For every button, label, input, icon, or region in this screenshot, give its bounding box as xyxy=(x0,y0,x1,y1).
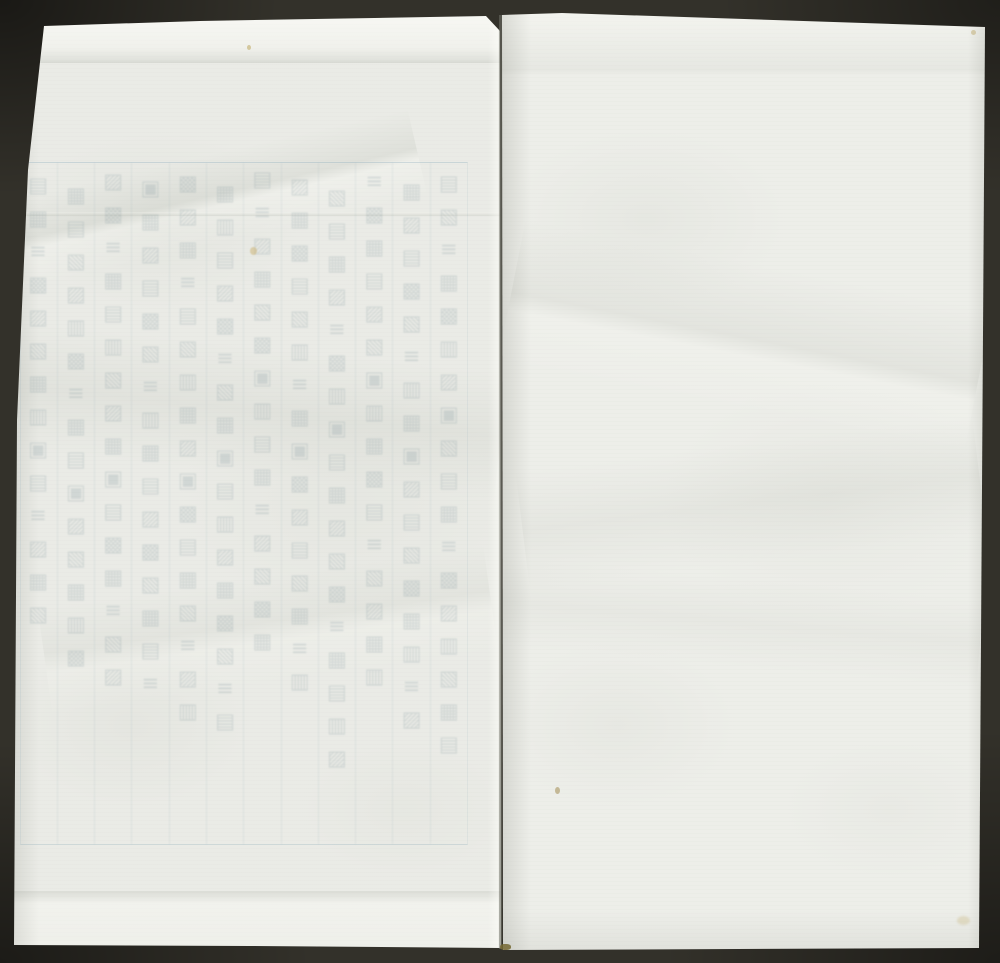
gutter-fold-line xyxy=(499,15,502,949)
bleedthrough-column: ▧▦▩▤▨▥≡▦▣▩▧▤▨▦≡▥ xyxy=(281,163,318,844)
bleedthrough-column: ▨▤▦▧≡▩▥▣▤▦▧▨▩≡▦▤▥▧ xyxy=(318,163,355,844)
bottom-fold-highlight xyxy=(13,891,502,949)
top-fold-highlight xyxy=(501,13,986,75)
bleedthrough-text-block: ▤▨≡▦▩▥▧▣▨▤▦≡▩▧▥▨▦▤ ▦▧▤▩▨≡▥▦▣▧▤▨▩▦▥≡▧ ≡▩▦… xyxy=(20,162,468,845)
stain-spot xyxy=(555,787,560,794)
bleedthrough-column: ▦▧▤▩▨≡▥▦▣▧▤▨▩▦▥≡▧ xyxy=(392,163,429,844)
bleedthrough-column: ▤▨≡▦▩▥▧▣▨▤▦≡▩▧▥▨▦▤ xyxy=(430,163,467,844)
right-page xyxy=(501,13,986,950)
bleedthrough-column: ▤▦≡▩▧▨▦▥▣▤≡▧▦▨ xyxy=(19,163,56,844)
bleedthrough-column: ▤≡▧▦▨▩▣▥▤▦≡▧▨▩▦ xyxy=(243,163,280,844)
edge-shading xyxy=(501,910,986,950)
bleedthrough-column: ≡▩▦▤▧▨▣▥▦▩▤≡▨▧▦▥ xyxy=(355,163,392,844)
bleedthrough-column: ▦▥▤▧▩≡▨▦▣▤▥▧▦▩▨≡▤ xyxy=(206,163,243,844)
book-photo-backdrop: ▤▨≡▦▩▥▧▣▨▤▦≡▩▧▥▨▦▤ ▦▧▤▩▨≡▥▦▣▧▤▨▩▦▥≡▧ ≡▩▦… xyxy=(0,0,1000,963)
top-fold-highlight xyxy=(13,16,502,63)
edge-shading xyxy=(968,13,986,950)
bleedthrough-column: ▩▧▦≡▤▨▥▦▧▣▩▤▦▨≡▧▥ xyxy=(169,163,206,844)
paper-wrinkle xyxy=(498,557,984,688)
bleedthrough-column: ▧▩≡▦▤▥▨▧▦▣▤▩▦≡▨▧ xyxy=(94,163,131,844)
paper-wrinkle xyxy=(497,219,992,457)
paper-texture xyxy=(501,13,986,950)
gutter-shading xyxy=(501,13,531,950)
paper-wrinkle xyxy=(515,415,986,590)
left-page: ▤▨≡▦▩▥▧▣▨▤▦≡▩▧▥▨▦▤ ▦▧▤▩▨≡▥▦▣▧▤▨▩▦▥≡▧ ≡▩▦… xyxy=(13,16,502,949)
bleedthrough-column: ▦▤▨▧▥▩≡▦▤▣▧▨▦▥▩ xyxy=(57,163,94,844)
bleedthrough-column: ▣▦▧▤▩▨≡▥▦▤▧▩▨▦▤≡ xyxy=(131,163,168,844)
